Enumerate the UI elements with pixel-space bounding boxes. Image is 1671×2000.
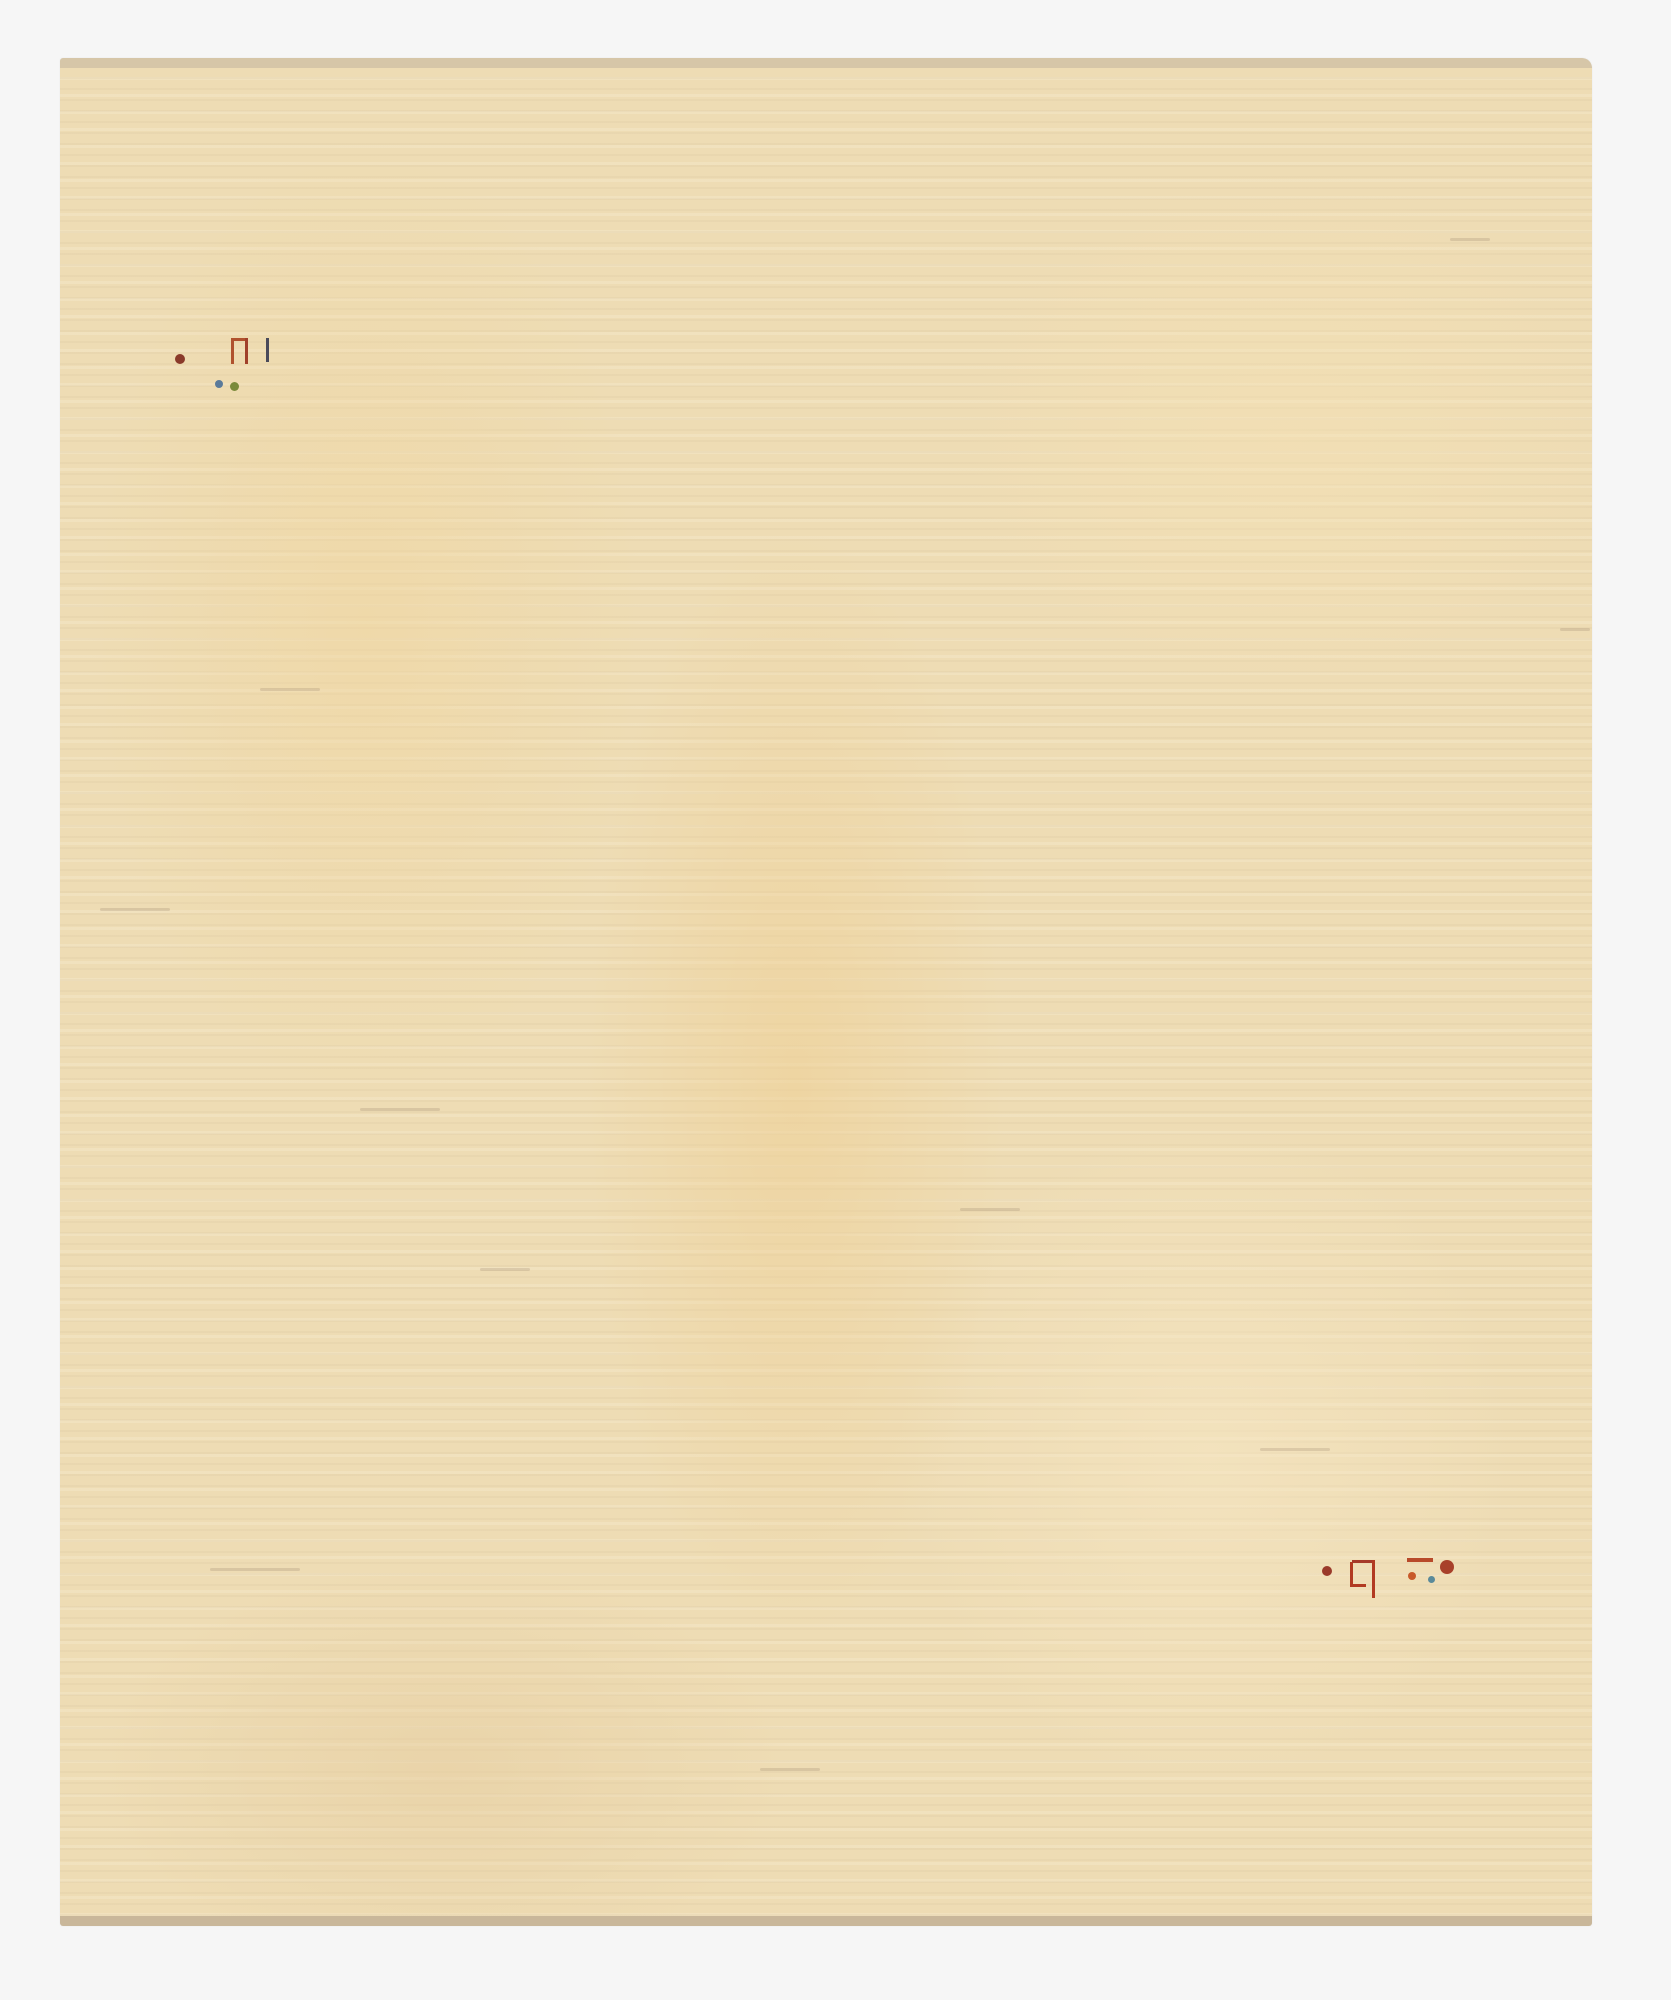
red-glyph (231, 338, 234, 364)
pile-streak (480, 1268, 530, 1271)
pile-streak (1560, 628, 1590, 631)
red-glyph (1350, 1562, 1353, 1586)
red-glyph (1372, 1560, 1375, 1598)
pile-streak (1450, 238, 1490, 241)
pile-streak (760, 1768, 820, 1771)
red-glyph (245, 338, 248, 364)
diamond-motif-icon (173, 352, 187, 366)
orange-dot-icon (1408, 1572, 1416, 1580)
blue-flower-icon (1428, 1576, 1435, 1583)
pile-streak (100, 908, 170, 911)
pile-streak (360, 1108, 440, 1111)
pile-streak (260, 688, 320, 691)
red-flower-icon (1440, 1560, 1454, 1574)
blue-glyph (266, 338, 269, 362)
blue-flower-icon (215, 380, 223, 388)
pile-streak (210, 1568, 300, 1571)
rug (60, 58, 1592, 1926)
top-left-motif (175, 336, 295, 396)
red-glyph (1352, 1560, 1372, 1563)
diamond-motif-icon (1320, 1564, 1334, 1578)
bottom-right-motif (1322, 1558, 1492, 1608)
red-glyph (1407, 1558, 1433, 1562)
red-glyph (1350, 1584, 1366, 1587)
pile-streak (960, 1208, 1020, 1211)
green-flower-icon (230, 382, 239, 391)
pile-streak (1260, 1448, 1330, 1451)
